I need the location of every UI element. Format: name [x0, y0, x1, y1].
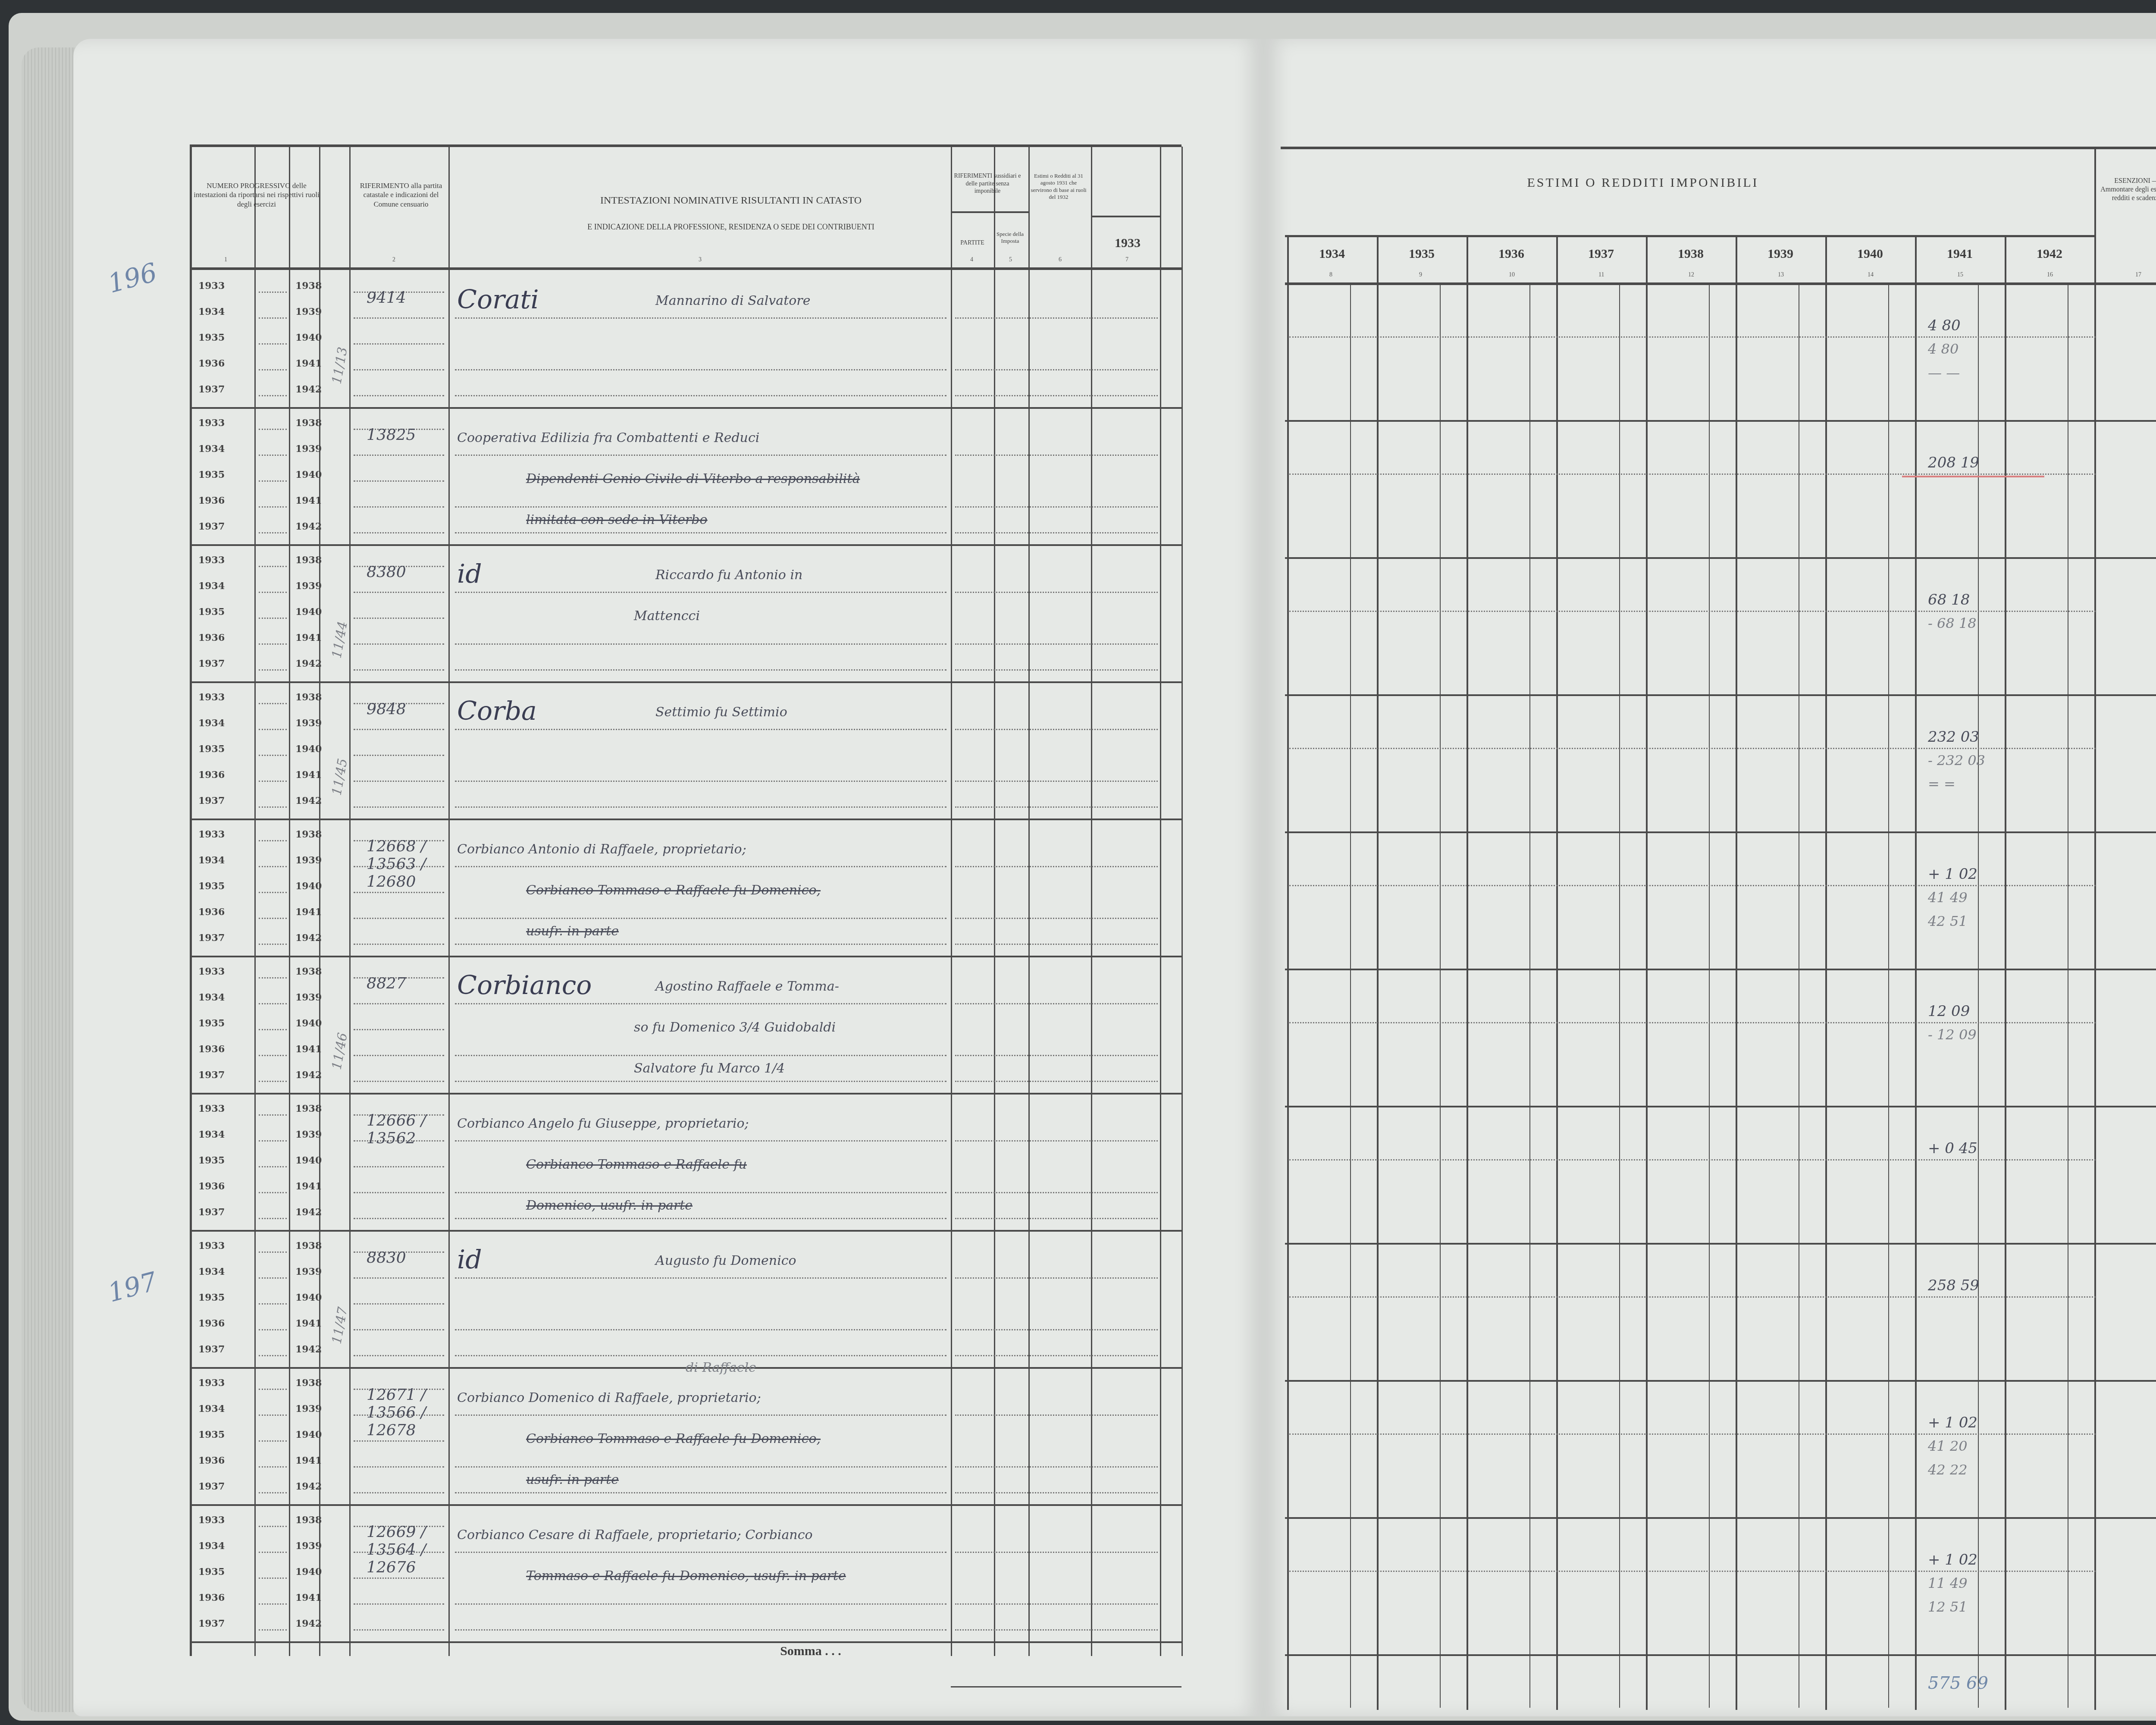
year-label: 1936 — [198, 1455, 225, 1466]
year-label: 1935 — [198, 606, 225, 618]
dotted-line — [259, 1414, 287, 1416]
dotted-line — [259, 1466, 287, 1468]
dotted-line — [955, 1140, 1158, 1142]
year-label: 1938 — [295, 692, 322, 703]
dotted-line — [259, 1029, 287, 1030]
year-label: 1937 — [198, 1618, 225, 1629]
year-label: 1942 — [295, 932, 322, 944]
entry-text-line: usufr. in parte — [526, 1472, 619, 1487]
dotted-line — [259, 1552, 287, 1553]
header-intestazioni-sub: E INDICAZIONE DELLA PROFESSIONE, RESIDEN… — [461, 222, 1000, 232]
column-divider — [1646, 235, 1648, 1710]
partita-number: 12666 / 13562 — [367, 1112, 444, 1147]
column-number: 14 — [1868, 272, 1874, 279]
column-divider — [289, 147, 290, 1656]
value-1941-sub: - 12 09 — [1928, 1026, 1977, 1043]
year-label: 1941 — [295, 1044, 322, 1055]
dotted-line — [455, 1081, 946, 1082]
entry-separator — [1285, 831, 2156, 833]
page-edges-left — [22, 47, 78, 1712]
dotted-line — [455, 781, 946, 782]
dotted-line — [955, 369, 1158, 370]
dotted-line — [354, 506, 444, 508]
year-label: 1939 — [295, 580, 322, 592]
year-label: 1941 — [295, 632, 322, 643]
dotted-line — [955, 1329, 1158, 1330]
column-number: 16 — [2047, 272, 2053, 279]
dotted-line — [259, 1629, 287, 1631]
year-label: 1934 — [198, 855, 225, 866]
year-label: 1941 — [295, 1181, 322, 1192]
dotted-line — [955, 506, 1158, 508]
dotted-line — [354, 1603, 444, 1605]
dotted-line — [259, 532, 287, 533]
entry-text-line: Dipendenti Genio Civile di Viterbo a res… — [526, 471, 860, 486]
dotted-line — [354, 317, 444, 319]
dotted-line — [259, 977, 287, 979]
entry-text-line: so fu Domenico 3/4 Guidobaldi — [634, 1020, 836, 1035]
dotted-line — [354, 1466, 444, 1468]
dotted-line — [455, 729, 946, 730]
column-divider — [994, 147, 995, 1656]
progressivo-number: 11/13 — [329, 346, 350, 385]
year-label: 1933 — [198, 1377, 225, 1389]
value-1941: + 0 45 — [1928, 1140, 1977, 1157]
dotted-line — [955, 1552, 1158, 1553]
dotted-line — [354, 1492, 444, 1493]
year-column-header: 1939 — [1736, 246, 1825, 262]
column-divider — [1181, 147, 1183, 1656]
year-label: 1942 — [295, 1344, 322, 1355]
year-label: 1938 — [295, 1240, 322, 1251]
dotted-line — [259, 892, 287, 893]
progressivo-number: 11/44 — [329, 620, 350, 659]
year-label: 1938 — [295, 555, 322, 566]
year-label: 1940 — [295, 881, 322, 892]
value-1941: 68 18 — [1928, 591, 1970, 608]
entry-separator — [1285, 420, 2156, 422]
dotted-line — [259, 1277, 287, 1279]
year-label: 1942 — [295, 1618, 322, 1629]
entry-text-line: Corbianco Domenico di Raffaele, propriet… — [457, 1390, 761, 1405]
year-label: 1935 — [198, 1429, 225, 1440]
dotted-line — [259, 781, 287, 782]
entry-separator — [190, 407, 1181, 409]
entry-text-line: Cooperativa Edilizia fra Combattenti e R… — [457, 430, 759, 445]
dotted-line — [955, 1081, 1158, 1082]
entry-separator — [190, 1504, 1181, 1506]
dotted-line — [354, 806, 444, 808]
cents-divider — [1978, 285, 1979, 1708]
dotted-line — [259, 566, 287, 567]
year-label: 1938 — [295, 1515, 322, 1526]
dotted-line — [259, 866, 287, 867]
dotted-line — [259, 317, 287, 319]
ledger-book: 1234567193319381934193919351940193619411… — [9, 13, 2156, 1721]
column-divider — [1556, 235, 1558, 1710]
year-label: 1933 — [198, 417, 225, 429]
dotted-line — [259, 840, 287, 841]
somma-label: Somma . . . — [768, 1643, 854, 1659]
value-1941: 258 59 — [1928, 1277, 1979, 1294]
year-column-header: 1937 — [1556, 246, 1646, 262]
dotted-line — [354, 1081, 444, 1082]
dotted-line — [354, 755, 444, 756]
year-label: 1935 — [198, 1155, 225, 1166]
dotted-line — [455, 592, 946, 593]
year-label: 1937 — [198, 521, 225, 532]
table-top-border — [190, 144, 1181, 147]
dotted-line — [455, 1192, 946, 1193]
partita-number: 8380 — [367, 563, 444, 581]
year-label: 1937 — [198, 932, 225, 944]
dotted-line — [354, 1329, 444, 1330]
entry-separator — [1285, 1654, 2156, 1656]
year-label: 1934 — [198, 580, 225, 592]
dotted-line — [955, 781, 1158, 782]
dotted-line — [354, 669, 444, 671]
left-page: 1234567193319381934193919351940193619411… — [73, 39, 1263, 1716]
value-1941-sub: = = — [1928, 776, 1955, 792]
progressivo-number: 11/47 — [329, 1306, 350, 1345]
partita-number: 13825 — [367, 426, 444, 444]
dotted-line — [455, 532, 946, 533]
column-number: 3 — [699, 257, 702, 263]
dotted-line — [259, 1140, 287, 1142]
year-label: 1940 — [295, 1018, 322, 1029]
dotted-line — [259, 1081, 287, 1082]
year-label: 1938 — [295, 829, 322, 840]
value-1941-sub: 11 49 — [1928, 1575, 1968, 1591]
value-1941: 4 80 — [1928, 317, 1961, 334]
column-number: 8 — [1329, 272, 1332, 279]
year-column-header: 1934 — [1287, 246, 1377, 262]
year-label: 1941 — [295, 769, 322, 781]
entry-separator — [1285, 1517, 2156, 1519]
year-label: 1934 — [198, 443, 225, 455]
column-number: 12 — [1688, 272, 1694, 279]
header-bottom-border — [1285, 282, 2156, 285]
dotted-line — [955, 1355, 1158, 1356]
value-1941-sub: 4 80 — [1928, 341, 1959, 357]
column-number: 17 — [2135, 272, 2141, 279]
dotted-line — [455, 643, 946, 645]
dotted-line — [259, 429, 287, 430]
year-label: 1936 — [198, 906, 225, 918]
dotted-line — [955, 918, 1158, 919]
entry-separator — [190, 1230, 1181, 1232]
year-label: 1936 — [198, 1044, 225, 1055]
dotted-line — [955, 669, 1158, 671]
year-label: 1941 — [295, 1318, 322, 1329]
dotted-line — [955, 395, 1158, 396]
dotted-line — [259, 1166, 287, 1167]
year-label: 1934 — [198, 306, 225, 317]
year-label: 1940 — [295, 1292, 322, 1303]
dotted-line — [955, 1492, 1158, 1493]
value-1941-sub: - 68 18 — [1928, 615, 1977, 631]
dotted-line — [259, 1192, 287, 1193]
entry-text-line: Corbianco Cesare di Raffaele, proprietar… — [457, 1527, 813, 1543]
header-estimi-1932: Estimi o Redditi al 31 agosto 1931 che s… — [1031, 172, 1087, 201]
dotted-line — [354, 1192, 444, 1193]
year-label: 1941 — [295, 358, 322, 369]
dotted-line — [354, 1578, 444, 1579]
year-label: 1937 — [198, 795, 225, 806]
column-divider — [1377, 235, 1379, 1710]
year-label: 1937 — [198, 1069, 225, 1081]
value-1941-sub: — — — [1928, 364, 1960, 381]
column-number: 11 — [1598, 272, 1604, 279]
entry-text-line: Riccardo fu Antonio in — [655, 568, 802, 583]
column-number: 15 — [1957, 272, 1963, 279]
value-1941-sub: 41 20 — [1928, 1438, 1968, 1454]
entry-separator — [1285, 969, 2156, 970]
dotted-line — [455, 317, 946, 319]
dotted-line — [259, 1218, 287, 1219]
dotted-line — [455, 1218, 946, 1219]
year-label: 1934 — [198, 1266, 225, 1277]
column-number: 2 — [392, 257, 395, 263]
dotted-line — [354, 395, 444, 396]
dotted-line — [455, 1492, 946, 1493]
year-label: 1937 — [198, 384, 225, 395]
dotted-line — [354, 944, 444, 945]
dotted-line — [455, 506, 946, 508]
cents-divider — [1709, 285, 1710, 1708]
header-specie-imposta: Specie della Imposta — [994, 231, 1026, 245]
year-label: 1942 — [295, 521, 322, 532]
dotted-line — [955, 1629, 1158, 1631]
year-column-header: 1935 — [1377, 246, 1467, 262]
dotted-line — [1289, 1571, 2096, 1572]
entry-separator — [1285, 1380, 2156, 1382]
dotted-line — [455, 1466, 946, 1468]
entry-separator — [1285, 557, 2156, 559]
dotted-line — [354, 892, 444, 893]
dotted-line — [955, 643, 1158, 645]
year-label: 1940 — [295, 469, 322, 480]
dotted-line — [455, 806, 946, 808]
year-label: 1935 — [198, 881, 225, 892]
year-label: 1941 — [295, 1455, 322, 1466]
dotted-line — [354, 1218, 444, 1219]
year-label: 1939 — [295, 855, 322, 866]
column-divider — [2094, 149, 2096, 1710]
dotted-line — [455, 1629, 946, 1631]
dotted-line — [955, 532, 1158, 533]
margin-number-197: 197 — [105, 1266, 160, 1308]
partita-number: 12671 / 13566 / 12678 — [367, 1386, 444, 1439]
year-label: 1933 — [198, 1240, 225, 1251]
dotted-line — [354, 1277, 444, 1279]
year-label: 1941 — [295, 495, 322, 506]
year-label: 1939 — [295, 1129, 322, 1140]
somma-1941: 575 69 — [1928, 1673, 1988, 1693]
column-divider — [1915, 235, 1917, 1710]
dotted-line — [259, 1389, 287, 1390]
table-top-border — [1281, 147, 2156, 149]
year-label: 1935 — [198, 1018, 225, 1029]
dotted-line — [354, 729, 444, 730]
dotted-line — [455, 369, 946, 370]
dotted-line — [259, 806, 287, 808]
somma-rule — [951, 1686, 1181, 1687]
surname: Corati — [457, 285, 539, 315]
dotted-line — [259, 369, 287, 370]
year-label: 1942 — [295, 1481, 322, 1492]
dotted-line — [354, 592, 444, 593]
year-label: 1933 — [198, 692, 225, 703]
entry-text-line: limitata con sede in Viterbo — [526, 512, 708, 527]
column-number: 5 — [1009, 257, 1012, 263]
right-page: 1934819359193610193711193812193913194014… — [1263, 39, 2156, 1716]
column-divider — [349, 147, 351, 1656]
entry-text-line: Settimio fu Settimio — [655, 705, 787, 720]
dotted-line — [354, 643, 444, 645]
dotted-line — [955, 1192, 1158, 1193]
entry-text-line: usufr. in parte — [526, 924, 619, 939]
column-divider — [254, 147, 256, 1656]
column-divider — [448, 147, 450, 1656]
dotted-line — [1289, 1433, 2096, 1435]
cents-divider — [1619, 285, 1620, 1708]
entry-separator — [1285, 1243, 2156, 1245]
cents-divider — [1799, 285, 1799, 1708]
surname: id — [457, 1245, 482, 1275]
year-label: 1933 — [198, 555, 225, 566]
dotted-line — [259, 1055, 287, 1056]
dotted-line — [259, 1492, 287, 1493]
dotted-line — [354, 480, 444, 482]
dotted-line — [259, 703, 287, 704]
dotted-line — [259, 1526, 287, 1527]
column-divider — [1160, 147, 1161, 1656]
dotted-line — [1289, 611, 2096, 612]
year-header-top — [1285, 235, 2096, 237]
year-column-header: 1936 — [1467, 246, 1556, 262]
entry-separator — [190, 1641, 1181, 1643]
year-label: 1935 — [198, 1292, 225, 1303]
value-1941: + 1 02 — [1928, 1414, 1977, 1431]
year-label: 1940 — [295, 606, 322, 618]
year-label: 1942 — [295, 384, 322, 395]
dotted-line — [455, 1603, 946, 1605]
note-above: di Raffaele — [686, 1360, 756, 1375]
dotted-line — [955, 1603, 1158, 1605]
entry-text-line: Corbianco Tommaso e Raffaele fu Domenico… — [526, 1431, 821, 1446]
year-label: 1939 — [295, 1403, 322, 1414]
dotted-line — [259, 506, 287, 508]
dotted-line — [259, 455, 287, 456]
value-1941-sub: 41 49 — [1928, 889, 1968, 906]
dotted-line — [259, 1329, 287, 1330]
red-strike — [1902, 476, 2044, 477]
year-label: 1933 — [198, 280, 225, 292]
dotted-line — [455, 395, 946, 396]
year-label: 1935 — [198, 469, 225, 480]
dotted-line — [955, 1414, 1158, 1416]
value-1941: + 1 02 — [1928, 1551, 1977, 1568]
dotted-line — [354, 1003, 444, 1004]
column-divider — [951, 147, 952, 1656]
dotted-line — [259, 395, 287, 396]
entry-text-line: Augusto fu Domenico — [655, 1253, 796, 1268]
dotted-line — [455, 1329, 946, 1330]
estimi-title: ESTIMI O REDDITI IMPONIBILI — [1363, 175, 1923, 191]
dotted-line — [955, 729, 1158, 730]
dotted-line — [354, 369, 444, 370]
year-label: 1939 — [295, 718, 322, 729]
column-number: 1 — [224, 257, 227, 263]
header-numero-progressivo: NUMERO PROGRESSIVO delle intestazioni da… — [192, 181, 321, 209]
year-label: 1933 — [198, 966, 225, 977]
year-column-header: 1941 — [1915, 246, 2005, 262]
dotted-line — [259, 729, 287, 730]
value-1941: 232 03 — [1928, 728, 1979, 746]
dotted-line — [455, 1003, 946, 1004]
year-label: 1940 — [295, 1429, 322, 1440]
dotted-line — [259, 1603, 287, 1605]
dotted-line — [455, 1277, 946, 1279]
dotted-line — [1289, 1022, 2096, 1023]
dotted-line — [955, 1003, 1158, 1004]
dotted-line — [1289, 336, 2096, 338]
entry-separator — [190, 544, 1181, 546]
dotted-line — [955, 1218, 1158, 1219]
value-1941-sub: 42 51 — [1928, 913, 1968, 929]
dotted-line — [354, 618, 444, 619]
dotted-line — [259, 1003, 287, 1004]
column-divider — [1467, 235, 1468, 1710]
value-1941-sub: 12 51 — [1928, 1599, 1968, 1615]
header-riferimento: RIFERIMENTO alla partita catastale e ind… — [358, 181, 444, 209]
partita-number: 12668 / 13563 / 12680 — [367, 837, 444, 891]
header-esenzioni: ESENZIONI — Ammontare degli estimi o red… — [2100, 177, 2156, 203]
value-1941: 12 09 — [1928, 1003, 1970, 1020]
year-label: 1939 — [295, 443, 322, 455]
surname: id — [457, 559, 482, 589]
year-label: 1940 — [295, 1566, 322, 1578]
dotted-line — [354, 1355, 444, 1356]
dotted-line — [354, 1055, 444, 1056]
year-label: 1938 — [295, 280, 322, 292]
year-label: 1934 — [198, 1403, 225, 1414]
entry-text-line: Domenico, usufr. in parte — [526, 1198, 693, 1213]
header-riferimenti: RIFERIMENTI sussidiari e delle partite s… — [953, 172, 1022, 195]
year-label: 1937 — [198, 658, 225, 669]
year-label: 1938 — [295, 417, 322, 429]
dotted-line — [259, 755, 287, 756]
dotted-line — [455, 455, 946, 456]
year-1933-divider — [1091, 216, 1160, 217]
dotted-line — [354, 455, 444, 456]
cents-divider — [1529, 285, 1530, 1708]
year-label: 1938 — [295, 966, 322, 977]
year-label: 1936 — [198, 769, 225, 781]
year-label: 1942 — [295, 1207, 322, 1218]
dotted-line — [455, 944, 946, 945]
entry-text-line: Mannarino di Salvatore — [655, 293, 810, 308]
dotted-line — [955, 317, 1158, 319]
year-label: 1939 — [295, 1266, 322, 1277]
dotted-line — [259, 343, 287, 345]
year-label: 1935 — [198, 743, 225, 755]
entry-text-line: Agostino Raffaele e Tomma- — [655, 979, 839, 994]
year-label: 1939 — [295, 992, 322, 1003]
year-label: 1941 — [295, 1592, 322, 1603]
entry-separator — [190, 681, 1181, 683]
